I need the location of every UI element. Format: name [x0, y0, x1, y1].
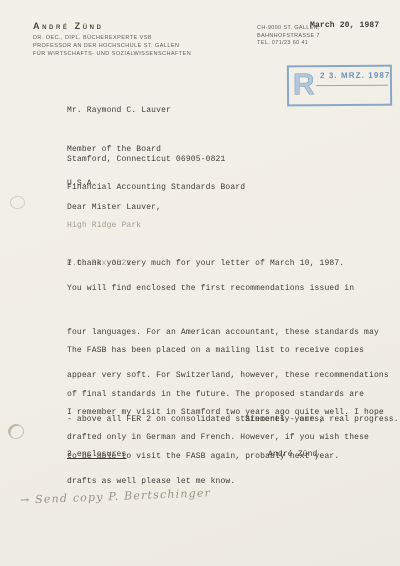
salutation: Dear Mister Lauver, — [67, 203, 161, 212]
body-line: You will find enclosed the first recomme… — [67, 282, 399, 297]
body-line: I remember my visit in Stamford two year… — [67, 406, 384, 421]
enclosures-note: 3 enclosures — [67, 450, 126, 459]
letterhead-address-line: TEL. 071/23 60 41 — [257, 40, 320, 48]
letterhead-address-line: BAHNHOFSTRASSE 7 — [257, 33, 320, 41]
stamp-r-letter: R — [293, 68, 315, 102]
punch-hole-bottom — [8, 424, 24, 439]
recipient-country: U.S.A. — [67, 179, 97, 188]
letterhead-sender-name: André Zünd — [33, 21, 104, 31]
received-stamp: R 2 3. MRZ. 1987 — [287, 65, 392, 107]
closing-phrase: Sincerely yours, — [245, 415, 324, 424]
signature-name: André Zünd — [268, 450, 318, 459]
letterhead-sender-titles: DR. OEC., DIPL. BÜCHEREXPERTE VSB PROFES… — [33, 34, 191, 58]
punch-hole-top — [10, 196, 25, 209]
body-line: The FASB has been placed on a mailing li… — [67, 344, 369, 359]
letterhead-title-line: DR. OEC., DIPL. BÜCHEREXPERTE VSB — [33, 34, 191, 42]
stamp-divider-line — [316, 85, 388, 87]
body-paragraph-4: I remember my visit in Stamford two year… — [67, 377, 384, 493]
letterhead-title-line: PROFESSOR AN DER HOCHSCHULE ST. GALLEN — [33, 42, 191, 50]
letter-date: March 20, 1987 — [310, 21, 379, 30]
letter-page: André Zünd DR. OEC., DIPL. BÜCHEREXPERTE… — [0, 0, 400, 566]
letterhead-title-line: FÜR WIRTSCHAFTS- UND SOZIALWISSENSCHAFTE… — [33, 50, 191, 58]
stamp-date: 2 3. MRZ. 1987 — [320, 71, 391, 80]
recipient-line: Mr. Raymond C. Lauver — [67, 105, 245, 118]
recipient-city-line: Stamford, Connecticut 06905-0821 — [67, 155, 225, 164]
